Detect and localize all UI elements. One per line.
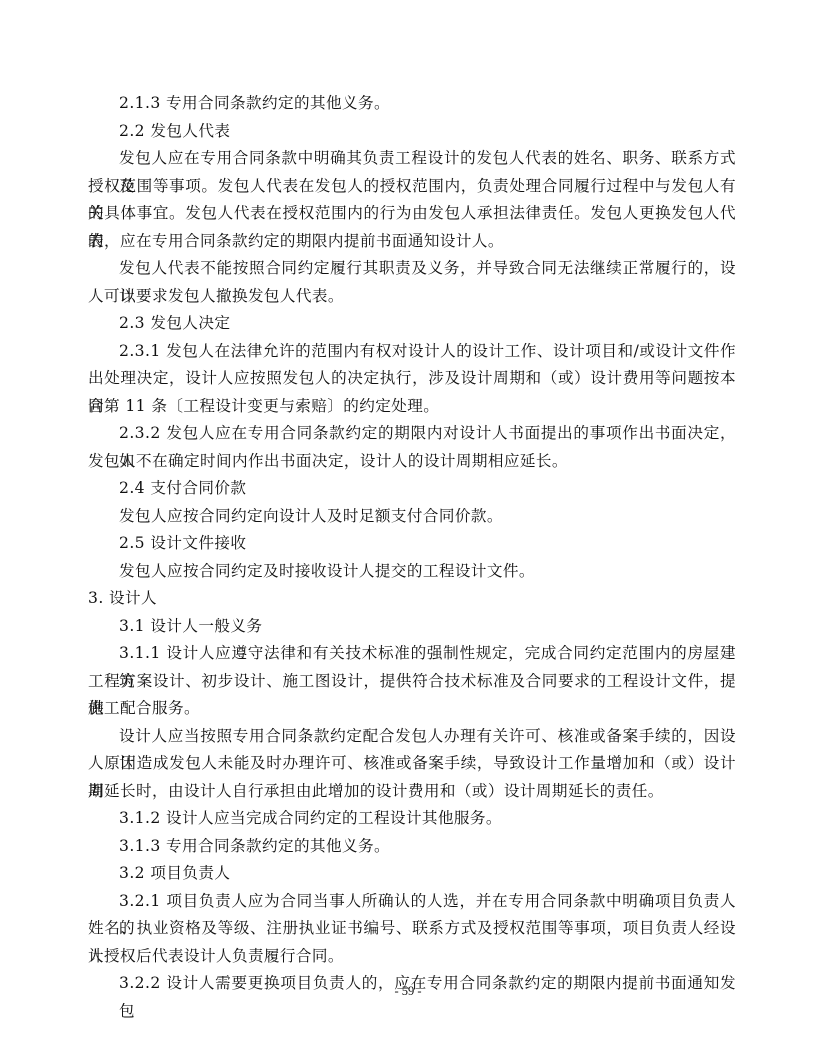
text-line: 的，应在专用合同条款约定的期限内提前书面通知设计人。 bbox=[88, 228, 736, 256]
text-line: 设计人应当按照专用合同条款约定配合发包人办理有关许可、核准或备案手续的，因设计 bbox=[88, 723, 736, 751]
text-line: 授权范围等事项。发包人代表在发包人的授权范围内，负责处理合同履行过程中与发包人有… bbox=[88, 173, 736, 201]
text-line: 2.2 发包人代表 bbox=[88, 118, 736, 146]
text-line: 2.4 支付合同价款 bbox=[88, 475, 736, 503]
text-line: 发包人代表不能按照合同约定履行其职责及义务，并导致合同无法继续正常履行的，设计 bbox=[88, 255, 736, 283]
text-line: 同第 11 条〔工程设计变更与索赔〕的约定处理。 bbox=[88, 393, 736, 421]
text-line: 2.3 发包人决定 bbox=[88, 310, 736, 338]
text-line: 2.1.3 专用合同条款约定的其他义务。 bbox=[88, 90, 736, 118]
text-line: 人授权后代表设计人负责履行合同。 bbox=[88, 943, 736, 971]
text-line: 工程方案设计、初步设计、施工图设计，提供符合技术标准及合同要求的工程设计文件，提… bbox=[88, 668, 736, 696]
document-body: 2.1.3 专用合同条款约定的其他义务。2.2 发包人代表发包人应在专用合同条款… bbox=[88, 90, 736, 998]
text-line: 人可以要求发包人撤换发包人代表。 bbox=[88, 283, 736, 311]
text-line: 3.2.1 项目负责人应为合同当事人所确认的人选，并在专用合同条款中明确项目负责… bbox=[88, 888, 736, 916]
text-line: 3.1.2 设计人应当完成合同约定的工程设计其他服务。 bbox=[88, 805, 736, 833]
text-line: 施工配合服务。 bbox=[88, 695, 736, 723]
text-line: 发包人应按合同约定向设计人及时足额支付合同价款。 bbox=[88, 503, 736, 531]
text-line: 发包人应按合同约定及时接收设计人提交的工程设计文件。 bbox=[88, 558, 736, 586]
text-line: 姓名、执业资格及等级、注册执业证书编号、联系方式及授权范围等事项，项目负责人经设… bbox=[88, 915, 736, 943]
text-line: 3.1.1 设计人应遵守法律和有关技术标准的强制性规定，完成合同约定范围内的房屋… bbox=[88, 640, 736, 668]
text-line: 发包人应在专用合同条款中明确其负责工程设计的发包人代表的姓名、职务、联系方式及 bbox=[88, 145, 736, 173]
text-line: 2.5 设计文件接收 bbox=[88, 530, 736, 558]
text-line: 2.3.2 发包人应在专用合同条款约定的期限内对设计人书面提出的事项作出书面决定… bbox=[88, 420, 736, 448]
text-line: 3. 设计人 bbox=[88, 585, 736, 613]
text-line: 3.1 设计人一般义务 bbox=[88, 613, 736, 641]
page-number: - 59 - bbox=[0, 984, 816, 999]
text-line: 发包人不在确定时间内作出书面决定，设计人的设计周期相应延长。 bbox=[88, 448, 736, 476]
text-line: 3.1.3 专用合同条款约定的其他义务。 bbox=[88, 833, 736, 861]
text-line: 的具体事宜。发包人代表在授权范围内的行为由发包人承担法律责任。发包人更换发包人代… bbox=[88, 200, 736, 228]
text-line: 2.3.1 发包人在法律允许的范围内有权对设计人的设计工作、设计项目和/或设计文… bbox=[88, 338, 736, 366]
text-line: 期延长时，由设计人自行承担由此增加的设计费用和（或）设计周期延长的责任。 bbox=[88, 778, 736, 806]
text-line: 出处理决定，设计人应按照发包人的决定执行，涉及设计周期和（或）设计费用等问题按本… bbox=[88, 365, 736, 393]
text-line: 3.2 项目负责人 bbox=[88, 860, 736, 888]
text-line: 人原因造成发包人未能及时办理许可、核准或备案手续，导致设计工作量增加和（或）设计… bbox=[88, 750, 736, 778]
